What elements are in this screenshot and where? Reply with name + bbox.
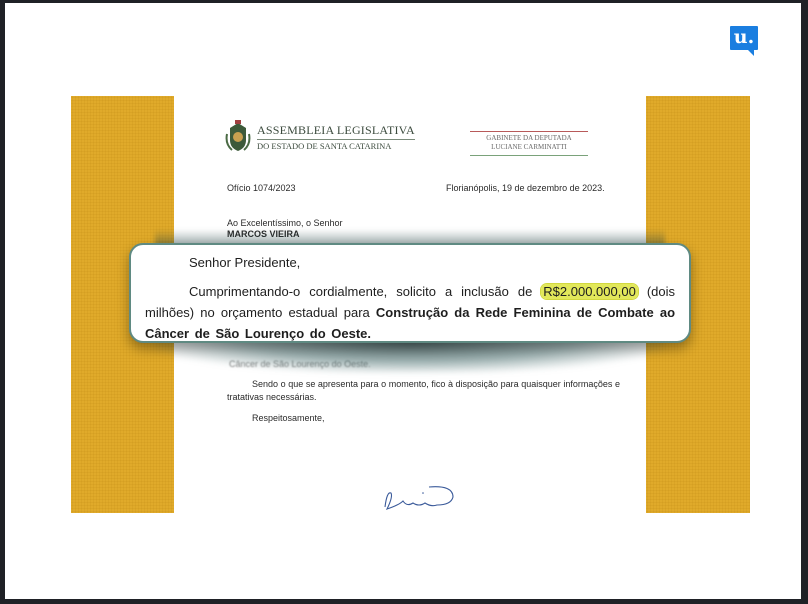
closing-paragraph: Sendo o que se apresenta para o momento,…: [227, 378, 620, 404]
publisher-logo-icon: u.: [730, 26, 758, 50]
cabinet-line-2: LUCIANE CARMINATTI: [470, 143, 588, 152]
addressee-salutation: Ao Excelentíssimo, o Senhor: [227, 218, 343, 229]
highlighted-amount: R$2.000.000,00: [541, 284, 638, 299]
callout-greeting: Senhor Presidente,: [189, 255, 300, 270]
zoomed-excerpt-callout: Senhor Presidente, Cumprimentando-o cord…: [129, 243, 691, 343]
cabinet-line-1: GABINETE DA DEPUTADA: [470, 134, 588, 143]
letterhead-subtitle: DO ESTADO DE SANTA CATARINA: [257, 141, 415, 151]
image-canvas: u. ASSEMBLEIA LEGISLATIVA DO ESTADO DE S…: [5, 3, 801, 599]
callout-paragraph: Cumprimentando-o cordialmente, solicito …: [145, 281, 675, 344]
letterhead-title: ASSEMBLEIA LEGISLATIVA: [257, 123, 415, 140]
letterhead-assembly: ASSEMBLEIA LEGISLATIVA DO ESTADO DE SANT…: [224, 120, 415, 154]
letter-reference: Ofício 1074/2023: [227, 183, 296, 193]
state-coat-of-arms-icon: [224, 120, 252, 154]
letterhead-cabinet: GABINETE DA DEPUTADA LUCIANE CARMINATTI: [470, 131, 588, 156]
callout-intro-text: Cumprimentando-o cordialmente, solicito …: [189, 284, 532, 299]
letter-place-date: Florianópolis, 19 de dezembro de 2023.: [446, 183, 605, 193]
letter-regards: Respeitosamente,: [252, 413, 325, 423]
signature-icon: [379, 483, 459, 513]
